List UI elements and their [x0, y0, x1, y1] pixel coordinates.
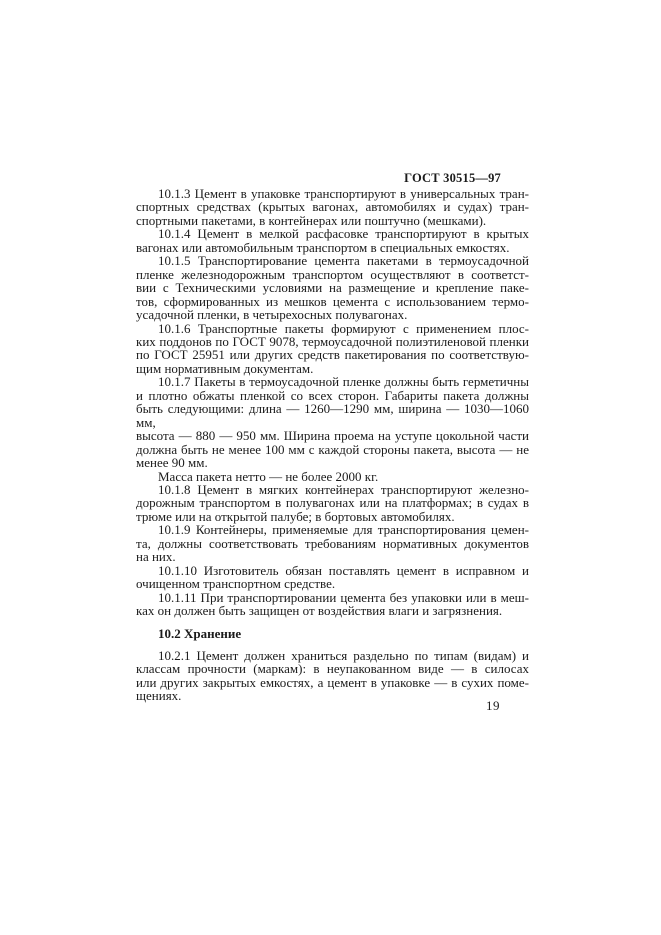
text-line: спортными пакетами, в контейнерах или по… — [136, 214, 529, 227]
text-line: тов, сформированных из мешков цемента с … — [136, 295, 529, 308]
paragraph: 10.1.11 При транспортировании цемента бе… — [136, 591, 529, 618]
text-line: быть следующими: длина — 1260—1290 мм, ш… — [136, 402, 529, 429]
text-line: очищенном транспортном средстве. — [136, 577, 529, 590]
text-line: по ГОСТ 25951 или других средств пакетир… — [136, 348, 529, 361]
running-header: ГОСТ 30515—97 — [136, 171, 528, 186]
page-number: 19 — [486, 698, 500, 714]
paragraph: 10.1.5 Транспортирование цемента пакетам… — [136, 254, 529, 321]
text-line: 10.1.10 Изготовитель обязан поставлять ц… — [136, 564, 529, 577]
text-line: трюме или на открытой палубе; в бортовых… — [136, 510, 529, 523]
text-line: 10.1.9 Контейнеры, применяемые для транс… — [136, 523, 529, 536]
text-line: ких поддонов по ГОСТ 9078, термоусадочно… — [136, 335, 529, 348]
text-line: Масса пакета нетто — не более 2000 кг. — [136, 470, 529, 483]
document-page: ГОСТ 30515—97 10.1.3 Цемент в упаковке т… — [0, 0, 661, 935]
text-line: вии с Техническими условиями на размещен… — [136, 281, 529, 294]
paragraph: 10.1.7 Пакеты в термоусадочной пленке до… — [136, 375, 529, 469]
document-body: 10.1.3 Цемент в упаковке транспортируют … — [136, 187, 529, 703]
text-line: 10.2 Хранение — [136, 627, 529, 640]
section-heading: 10.2 Хранение — [136, 627, 529, 640]
text-line: 10.2.1 Цемент должен храниться раздельно… — [136, 649, 529, 662]
text-line: высота — 880 — 950 мм. Ширина проема на … — [136, 429, 529, 442]
paragraph: 10.1.10 Изготовитель обязан поставлять ц… — [136, 564, 529, 591]
text-line: 10.1.4 Цемент в мелкой расфасовке трансп… — [136, 227, 529, 240]
text-line: ках он должен быть защищен от воздействи… — [136, 604, 529, 617]
text-line: щим нормативным документам. — [136, 362, 529, 375]
paragraph: 10.1.9 Контейнеры, применяемые для транс… — [136, 523, 529, 563]
text-line: дорожным транспортом в полувагонах или н… — [136, 496, 529, 509]
text-line: 10.1.8 Цемент в мягких контейнерах транс… — [136, 483, 529, 496]
text-line: щениях. — [136, 689, 529, 702]
text-line: 10.1.3 Цемент в упаковке транспортируют … — [136, 187, 529, 200]
text-line: 10.1.6 Транспортные пакеты формируют с п… — [136, 322, 529, 335]
text-line: 10.1.5 Транспортирование цемента пакетам… — [136, 254, 529, 267]
text-line: или других закрытых емкостях, а цемент в… — [136, 676, 529, 689]
text-line: вагонах или автомобильным транспортом в … — [136, 241, 529, 254]
paragraph: 10.1.8 Цемент в мягких контейнерах транс… — [136, 483, 529, 523]
text-line: на них. — [136, 550, 529, 563]
text-line: спортных средствах (крытых вагонах, авто… — [136, 200, 529, 213]
paragraph: 10.2.1 Цемент должен храниться раздельно… — [136, 649, 529, 703]
text-line: менее 90 мм. — [136, 456, 529, 469]
text-line: усадочной пленки, в четырехосных полуваг… — [136, 308, 529, 321]
text-line: пленке железнодорожным транспортом осуще… — [136, 268, 529, 281]
text-line: и плотно обжаты пленкой со всех сторон. … — [136, 389, 529, 402]
paragraph: Масса пакета нетто — не более 2000 кг. — [136, 470, 529, 483]
paragraph: 10.1.3 Цемент в упаковке транспортируют … — [136, 187, 529, 227]
text-line: должна быть не менее 100 мм с каждой сто… — [136, 443, 529, 456]
text-line: 10.1.7 Пакеты в термоусадочной пленке до… — [136, 375, 529, 388]
paragraph: 10.1.6 Транспортные пакеты формируют с п… — [136, 322, 529, 376]
text-line: классам прочности (маркам): в неупакован… — [136, 662, 529, 675]
paragraph: 10.1.4 Цемент в мелкой расфасовке трансп… — [136, 227, 529, 254]
text-line: 10.1.11 При транспортировании цемента бе… — [136, 591, 529, 604]
text-line: та, должны соответствовать требованиям н… — [136, 537, 529, 550]
